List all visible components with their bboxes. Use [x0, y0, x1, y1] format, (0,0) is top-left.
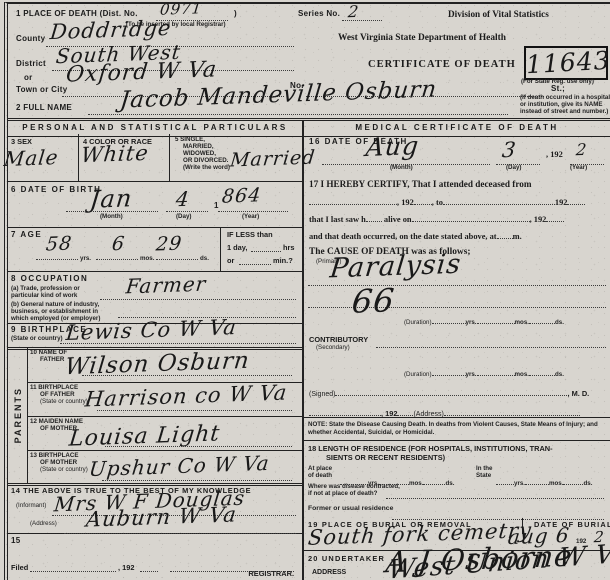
- blank-line: [443, 196, 555, 205]
- duration-caption: (Duration): [404, 319, 432, 326]
- blank-line: [30, 563, 116, 572]
- blank-line: [563, 476, 583, 485]
- informant-label: (Informant): [16, 502, 46, 509]
- death-occurred-text: and that death occurred, on the date sta…: [309, 232, 497, 241]
- filed-row: 15 Filed , 192 REGISTRAR.: [8, 533, 302, 580]
- dod-day-caption: (Day): [506, 164, 521, 171]
- printed-192: 192: [555, 198, 568, 207]
- divider: [304, 417, 610, 418]
- md-label: , M. D.: [567, 389, 589, 398]
- district-label: District: [16, 59, 46, 68]
- division-title: Division of Vital Statistics: [448, 9, 549, 19]
- filed-year-printed: , 192: [118, 563, 134, 572]
- blank-line: [567, 196, 585, 205]
- blank-line: [36, 251, 78, 260]
- if-less-min-label: min.?: [273, 256, 293, 265]
- town-label: Town or City: [16, 85, 67, 94]
- yrs-caption: yrs.: [466, 319, 477, 326]
- mother-label-1: 12 MAIDEN NAME: [30, 418, 83, 425]
- parents-label-text: PARENTS: [13, 387, 23, 443]
- sex-cell: 3 SEX Male: [8, 134, 78, 181]
- filed-label: Filed: [11, 563, 28, 572]
- blank-line: [140, 563, 158, 572]
- mother-name-row: 12 MAIDEN NAME OF MOTHER Louisa Light: [27, 416, 302, 451]
- dob-day-caption: (Day): [176, 213, 191, 220]
- marital-cell: 5 SINGLE, MARRIED, WIDOWED, OR DIVORCED.…: [169, 134, 302, 181]
- note-block: NOTE: State the Disease Causing Death. I…: [304, 419, 610, 439]
- marital-label-1: 5 SINGLE,: [175, 136, 205, 143]
- cause-value-handwriting: Paralysis: [329, 251, 463, 283]
- blank-line: [66, 203, 158, 212]
- dob-label: 6 DATE OF BIRTH: [11, 185, 101, 194]
- parents-rows: 10 NAME OF FATHER Wilson Osburn 11 BIRTH…: [27, 347, 302, 483]
- meridiem-label: m.: [513, 232, 522, 241]
- item15-label: 15: [11, 536, 21, 545]
- in-state-label-2: State: [476, 472, 491, 479]
- blank-line: [477, 367, 515, 376]
- mos-caption: mos.: [515, 371, 529, 378]
- marital-write-word-note: (Write the word): [183, 164, 230, 171]
- if-less-day-label: 1 day,: [227, 243, 247, 252]
- certify-line2: , 192, to192: [309, 196, 585, 207]
- age-ds-caption: ds.: [200, 255, 209, 262]
- certification-block: 17 I HEREBY CERTIFY, That I attended dec…: [304, 179, 610, 247]
- to-label: , to: [432, 198, 443, 207]
- dob-month-caption: (Month): [100, 213, 123, 220]
- blank-line: [414, 196, 432, 205]
- blank-line: [166, 203, 208, 212]
- blank-line: [432, 315, 466, 324]
- at-place-label-2: of death: [308, 472, 332, 479]
- dod-year-printed: , 192: [546, 150, 563, 159]
- printed-192: , 192: [530, 215, 547, 224]
- parents-vertical-label: PARENTS: [8, 347, 28, 483]
- contributory-duration-line: (Duration)yrs.mos.ds.: [404, 363, 564, 381]
- marital-label-3: WIDOWED,: [183, 150, 216, 157]
- father-bp-label-1: 11 BIRTHPLACE: [30, 384, 78, 391]
- signed-label: (Signed): [309, 391, 335, 398]
- department-title: West Virginia State Department of Health: [338, 33, 506, 43]
- street-label: St.;: [551, 84, 565, 93]
- cause-duration-line: (Duration)yrs.mos.ds.: [404, 311, 564, 329]
- age-label: 7 AGE: [11, 230, 42, 239]
- blank-line: [97, 402, 292, 411]
- mos-caption: mos.: [549, 480, 563, 487]
- father-label-2: FATHER: [40, 356, 64, 363]
- medical-certificate-column: MEDICAL CERTIFICATE OF DEATH 16 DATE OF …: [304, 121, 610, 580]
- place-of-death-label: 1 PLACE OF DEATH (Dist. No.: [16, 9, 138, 18]
- father-bp-note: (State or country): [40, 398, 88, 405]
- note-text: NOTE: State the Disease Causing Death. I…: [308, 421, 608, 437]
- in-state-label-1: In the: [476, 465, 493, 472]
- sex-label: 3 SEX: [11, 137, 32, 146]
- yrs-caption: yrs.: [466, 371, 477, 378]
- blank-line: [96, 251, 138, 260]
- residence-block: 18 LENGTH OF RESIDENCE (FOR HOSPITALS, I…: [304, 442, 610, 500]
- header-section: 1 PLACE OF DEATH (Dist. No. 0971 ) (To b…: [8, 4, 610, 121]
- town-value-handwriting: Oxford W Va: [65, 59, 218, 86]
- mother-birthplace-row: 13 BIRTHPLACE OF MOTHER (State or countr…: [27, 450, 302, 483]
- hospital-note: (If death occurred in a hospital or inst…: [520, 94, 610, 115]
- blank-line: [251, 243, 281, 252]
- mos-caption: mos.: [409, 480, 423, 487]
- blank-line: [102, 472, 292, 481]
- certificate-title: CERTIFICATE OF DEATH: [368, 59, 516, 70]
- registration-number-handwriting: 11643: [525, 48, 610, 77]
- ds-caption: ds.: [555, 371, 564, 378]
- blank-line: [497, 230, 513, 239]
- parents-block: PARENTS 10 NAME OF FATHER Wilson Osburn …: [8, 347, 302, 486]
- father-name-row: 10 NAME OF FATHER Wilson Osburn: [27, 347, 302, 383]
- date-of-death-row: 16 DATE OF DEATH Aug 3 , 192 2 (Month) (…: [304, 134, 610, 179]
- or-label: or: [24, 73, 33, 82]
- blank-line: [529, 367, 555, 376]
- contracted-label-1: Where was disease contracted,: [308, 483, 400, 490]
- contributory-block: CONTRIBUTORY (Secondary) (Duration)yrs.m…: [304, 333, 610, 381]
- dod-month-caption: (Month): [390, 164, 413, 171]
- death-certificate-scan: 1 PLACE OF DEATH (Dist. No. 0971 ) (To b…: [0, 0, 610, 580]
- dod-year-caption: (Year): [570, 164, 587, 171]
- blank-line: [156, 251, 198, 260]
- occupation-b-line2: business, or establishment in: [11, 308, 98, 315]
- last-saw-text: that I last saw h: [309, 215, 366, 224]
- blank-line: [366, 213, 382, 222]
- certify-line3: that I last saw h alive on, 192: [309, 213, 564, 224]
- mother-bp-label-2: OF MOTHER: [40, 459, 77, 466]
- blank-line: [525, 476, 549, 485]
- state-registration-number-box: 11643: [524, 46, 608, 80]
- date-of-birth-row: 6 DATE OF BIRTH Jan 4 1 864 (Month) (Day…: [8, 181, 302, 228]
- undertaker-address-row: ADDRESS West Union W Va: [304, 561, 610, 580]
- blank-line: [88, 106, 508, 115]
- certificate-form: 1 PLACE OF DEATH (Dist. No. 0971 ) (To b…: [4, 2, 610, 580]
- residence-label-2: SIENTS OR RECENT RESIDENTS): [326, 453, 445, 462]
- cause-of-death-block: The CAUSE OF DEATH was as follows; (Prim…: [304, 247, 610, 333]
- sex-value-handwriting: Male: [3, 147, 60, 169]
- in-state-line: yrs.mos.ds.: [496, 472, 592, 490]
- printed-192: , 192: [397, 198, 414, 207]
- divider: [304, 440, 610, 441]
- contracted-label-2: if not at place of death?: [308, 490, 377, 497]
- blank-line: [477, 315, 515, 324]
- race-value-handwriting: White: [80, 143, 150, 166]
- ds-caption: ds.: [445, 480, 454, 487]
- occupation-a-line2: particular kind of work: [11, 292, 77, 299]
- if-less-label: IF LESS than: [227, 230, 273, 239]
- sex-race-marital-row: 3 SEX Male 4 COLOR OR RACE White 5 SINGL…: [8, 134, 302, 182]
- secondary-caption: (Secondary): [316, 344, 350, 351]
- occupation-a-line1: (a) Trade, profession or: [11, 285, 80, 292]
- body-columns: PERSONAL AND STATISTICAL PARTICULARS 3 S…: [8, 121, 610, 580]
- dob-year-caption: (Year): [242, 213, 259, 220]
- birthplace-note: (State or country): [11, 335, 63, 342]
- race-cell: 4 COLOR OR RACE White: [78, 134, 169, 181]
- blank-line: [100, 291, 296, 300]
- blank-line: [342, 12, 382, 21]
- marital-label-4: OR DIVORCED.: [183, 157, 228, 164]
- registrar-label: REGISTRAR.: [248, 569, 294, 578]
- birthplace-row: 9 BIRTHPLACE (State or country) Lewis Co…: [8, 323, 302, 350]
- occupation-b-line1: (b) General nature of industry,: [11, 301, 99, 308]
- personal-particulars-column: PERSONAL AND STATISTICAL PARTICULARS 3 S…: [8, 121, 304, 580]
- age-yrs-caption: yrs.: [80, 255, 91, 262]
- if-less-hrs-label: hrs: [283, 243, 295, 252]
- occupation-label: 8 OCCUPATION: [11, 274, 88, 283]
- former-residence-label: Former or usual residence: [308, 505, 393, 512]
- blank-line: [239, 256, 271, 265]
- blank-line: [397, 407, 413, 416]
- blank-line: [496, 476, 514, 485]
- full-name-label: 2 FULL NAME: [16, 103, 72, 112]
- blank-line: [386, 490, 604, 499]
- blank-line: [432, 367, 466, 376]
- undertaker-address-label: ADDRESS: [312, 569, 346, 576]
- father-birthplace-row: 11 BIRTHPLACE OF FATHER (State or countr…: [27, 382, 302, 417]
- mother-bp-note: (State or country): [40, 466, 88, 473]
- blank-line: [376, 339, 606, 348]
- mother-bp-label-1: 13 BIRTHPLACE: [30, 452, 78, 459]
- informant-row: 14 THE ABOVE IS TRUE TO THE BEST OF MY K…: [8, 483, 302, 534]
- age-mos-caption: mos.: [140, 255, 154, 262]
- alive-on-text: alive on: [384, 215, 412, 224]
- signed-block: (Signed), M. D. , 192(Address): [304, 381, 610, 417]
- county-label: County: [16, 34, 45, 43]
- cause-duration-handwriting: 66: [350, 284, 396, 318]
- age-row: 7 AGE 58 6 29 yrs. mos. ds. IF LESS than…: [8, 227, 302, 272]
- if-less-or-label: or: [227, 256, 234, 265]
- residence-label-1: 18 LENGTH OF RESIDENCE (FOR HOSPITALS, I…: [308, 444, 553, 453]
- blank-line: [348, 576, 606, 580]
- former-residence-row: Former or usual residence: [304, 502, 610, 518]
- at-place-label-1: At place: [308, 465, 332, 472]
- blank-line: [335, 387, 567, 396]
- mos-caption: mos.: [515, 319, 529, 326]
- duration-caption: (Duration): [404, 371, 432, 378]
- ds-caption: ds.: [555, 319, 564, 326]
- paren-close: ): [234, 9, 237, 18]
- series-label: Series No.: [298, 9, 340, 18]
- certify-line1: 17 I HEREBY CERTIFY, That I attended dec…: [309, 179, 532, 189]
- father-label-1: 10 NAME OF: [30, 349, 67, 356]
- blank-line: [105, 438, 292, 447]
- blank-line: [412, 213, 530, 222]
- certify-line4: and that death occurred, on the date sta…: [309, 230, 522, 241]
- blank-line: [218, 203, 288, 212]
- ds-caption: ds.: [583, 480, 592, 487]
- father-bp-label-2: OF FATHER: [40, 391, 75, 398]
- signed-line: (Signed), M. D.: [309, 383, 589, 401]
- blank-line: [309, 196, 397, 205]
- blank-line: [444, 407, 580, 416]
- blank-line: [60, 335, 296, 344]
- blank-line: [82, 367, 292, 376]
- informant-address-label: (Address): [30, 520, 57, 527]
- if-less-cell: IF LESS than 1 day, hrs or min.?: [220, 227, 302, 271]
- blank-line: [546, 213, 564, 222]
- marital-label-2: MARRIED,: [183, 143, 214, 150]
- blank-line: [309, 407, 381, 416]
- yrs-caption: yrs.: [514, 480, 525, 487]
- blank-line: [423, 476, 445, 485]
- occupation-row: 8 OCCUPATION (a) Trade, profession or pa…: [8, 271, 302, 324]
- blank-line: [529, 315, 555, 324]
- contributory-label: CONTRIBUTORY: [309, 335, 368, 344]
